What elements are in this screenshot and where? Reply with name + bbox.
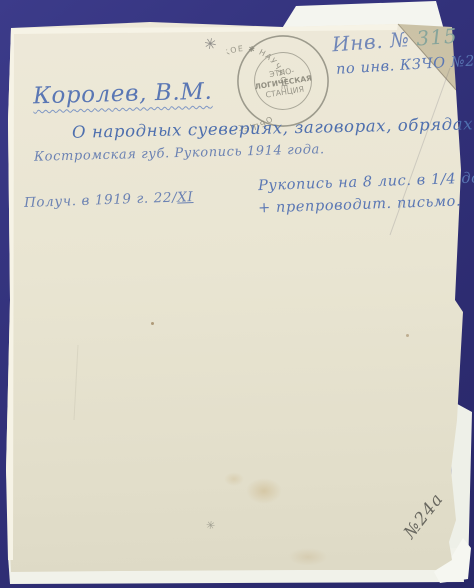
asterisk-mark-bottom: ✳ xyxy=(205,518,216,532)
inventory-number: 315 xyxy=(416,24,459,51)
author-name: Королев, В.М. xyxy=(33,79,213,110)
received-month-roman: XI xyxy=(177,189,194,206)
photo-of-archival-document: Инв. № 315 по инв. КЗЧО №281 ✳ ОБЩЕСТВО … xyxy=(0,0,474,588)
